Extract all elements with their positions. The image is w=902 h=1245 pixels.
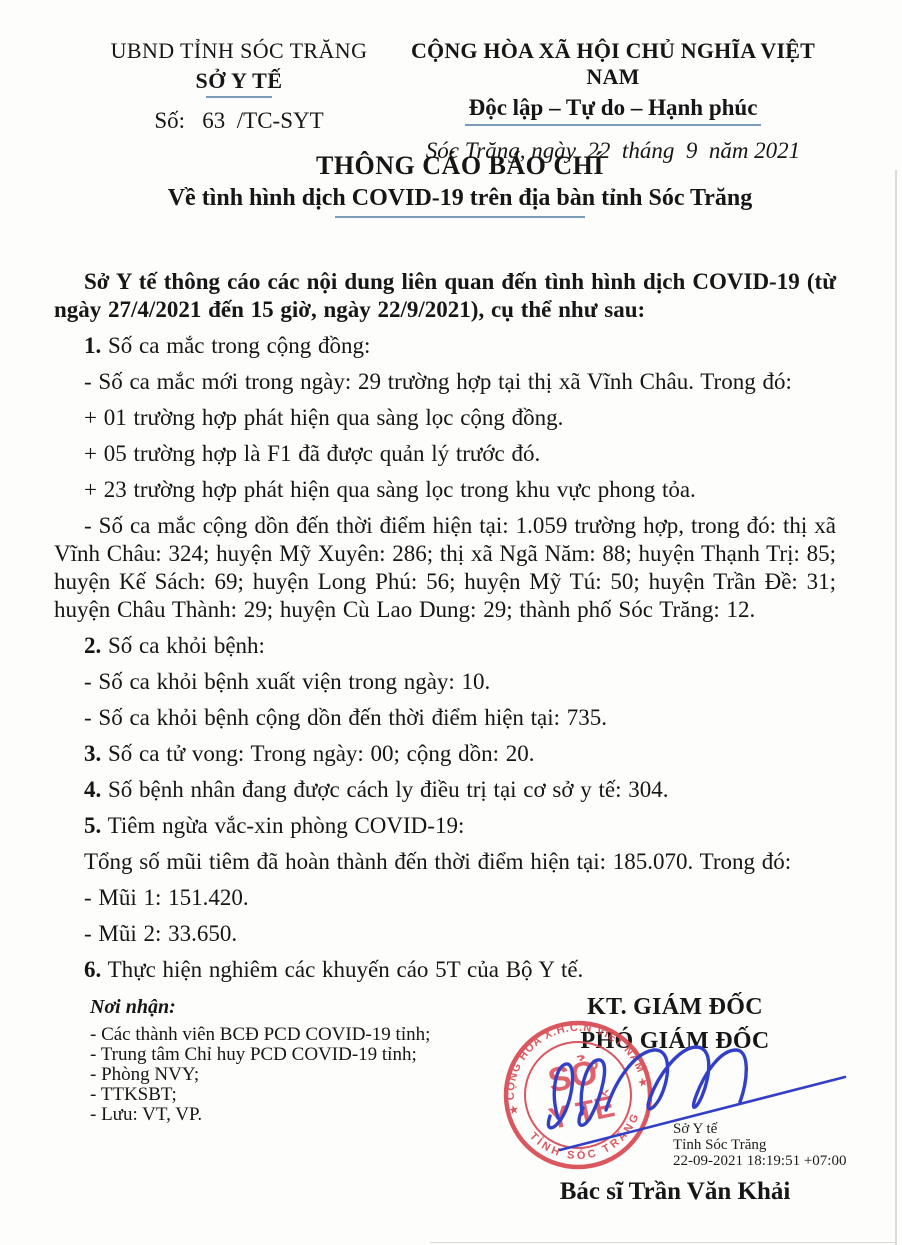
digital-signature-org: Sở Y tế xyxy=(673,1121,846,1137)
body-paragraph: - Số ca mắc cộng dồn đến thời điểm hiện … xyxy=(54,512,836,624)
paragraph-number: 3. xyxy=(84,741,101,766)
signer-name: Bác sĩ Trần Văn Khải xyxy=(495,1178,855,1206)
title-block: THÔNG CÁO BÁO CHÍ Về tình hình dịch COVI… xyxy=(0,151,902,218)
intro-paragraph: Sở Y tế thông cáo các nội dung liên quan… xyxy=(54,268,836,324)
body-paragraph: 1. Số ca mắc trong cộng đồng: xyxy=(54,332,836,360)
paragraph-number: 6. xyxy=(84,957,101,982)
star-icon: ★ xyxy=(507,1102,520,1118)
body-paragraph: - Số ca khỏi bệnh cộng dồn đến thời điểm… xyxy=(54,704,836,732)
recipient-item: - Các thành viên BCĐ PCD COVID-19 tỉnh; xyxy=(90,1025,430,1045)
national-title: CỘNG HÒA XÃ HỘI CHỦ NGHĨA VIỆT NAM xyxy=(398,38,828,90)
body-paragraph: - Mũi 1: 151.420. xyxy=(54,884,836,912)
scan-page-edge xyxy=(895,170,897,1245)
body-paragraph: + 23 trường hợp phát hiện qua sàng lọc t… xyxy=(54,476,836,504)
body-paragraph: + 01 trường hợp phát hiện qua sàng lọc c… xyxy=(54,404,836,432)
body-paragraph: - Số ca mắc mới trong ngày: 29 trường hợ… xyxy=(54,368,836,396)
signature-loops-stroke xyxy=(548,1047,746,1128)
digital-signature-block: Sở Y tế Tỉnh Sóc Trăng 22-09-2021 18:19:… xyxy=(673,1121,846,1169)
body-paragraph: 2. Số ca khỏi bệnh: xyxy=(54,632,836,660)
issuing-authority: SỞ Y TẾ xyxy=(86,68,392,94)
org-underline xyxy=(206,96,272,98)
motto-underline xyxy=(465,124,761,126)
body-paragraph: 3. Số ca tử vong: Trong ngày: 00; cộng d… xyxy=(54,740,836,768)
recipients-block: Nơi nhận: - Các thành viên BCĐ PCD COVID… xyxy=(90,996,430,1125)
paragraph-number: 5. xyxy=(84,813,101,838)
recipient-item: - Lưu: VT, VP. xyxy=(90,1105,430,1125)
national-motto: Độc lập – Tự do – Hạnh phúc xyxy=(398,95,828,121)
body-paragraph: 6. Thực hiện nghiêm các khuyến cáo 5T củ… xyxy=(54,956,836,984)
recipient-item: - Phòng NVY; xyxy=(90,1065,430,1085)
digital-signature-province: Tỉnh Sóc Trăng xyxy=(673,1137,846,1153)
recipient-item: - TTKSBT; xyxy=(90,1085,430,1105)
document-title: THÔNG CÁO BÁO CHÍ xyxy=(0,151,902,181)
scan-page-edge-bottom xyxy=(430,1242,897,1243)
document-number: Số: 63 /TC-SYT xyxy=(86,108,392,134)
document-body: Sở Y tế thông cáo các nội dung liên quan… xyxy=(54,268,836,992)
paragraph-number: 4. xyxy=(84,777,101,802)
body-paragraph: 4. Số bệnh nhân đang được cách ly điều t… xyxy=(54,776,836,804)
recipients-label: Nơi nhận: xyxy=(90,996,430,1019)
body-paragraph: + 05 trường hợp là F1 đã được quản lý tr… xyxy=(54,440,836,468)
body-paragraph: Tổng số mũi tiêm đã hoàn thành đến thời … xyxy=(54,848,836,876)
body-paragraph: 5. Tiêm ngừa vắc-xin phòng COVID-19: xyxy=(54,812,836,840)
paragraph-number: 1. xyxy=(84,333,101,358)
document-page: UBND TỈNH SÓC TRĂNG SỞ Y TẾ Số: 63 /TC-S… xyxy=(0,0,902,1245)
title-underline xyxy=(335,216,585,218)
header-left-block: UBND TỈNH SÓC TRĂNG SỞ Y TẾ Số: 63 /TC-S… xyxy=(86,38,392,134)
paragraph-number: 2. xyxy=(84,633,101,658)
body-paragraph: - Số ca khỏi bệnh xuất viện trong ngày: … xyxy=(54,668,836,696)
issuing-authority-parent: UBND TỈNH SÓC TRĂNG xyxy=(86,38,392,64)
recipient-item: - Trung tâm Chỉ huy PCD COVID-19 tỉnh; xyxy=(90,1045,430,1065)
body-paragraph: - Mũi 2: 33.650. xyxy=(54,920,836,948)
header-right-block: CỘNG HÒA XÃ HỘI CHỦ NGHĨA VIỆT NAM Độc l… xyxy=(398,38,828,164)
document-subtitle: Về tình hình dịch COVID-19 trên địa bàn … xyxy=(0,185,902,212)
digital-signature-timestamp: 22-09-2021 18:19:51 +07:00 xyxy=(673,1153,846,1169)
